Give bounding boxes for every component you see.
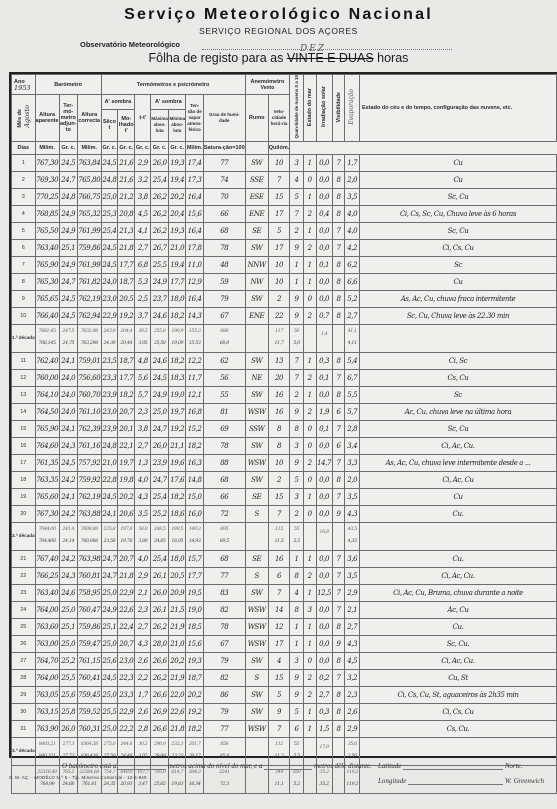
cell-rumo[interactable]: SW [245, 290, 268, 307]
cell-minima[interactable]: 19,4 [169, 256, 186, 273]
cell-nuvens[interactable]: 2 [290, 386, 304, 403]
cell-maxima[interactable]: 26,9 [151, 703, 169, 720]
cell-rumo[interactable]: SW [245, 686, 268, 703]
cell-mar[interactable]: 0 [303, 171, 316, 188]
cell-minima[interactable]: 21,9 [169, 618, 186, 635]
cell-radiacao[interactable]: 0,4 [316, 205, 332, 222]
cell-t_diff[interactable]: 2,3 [135, 403, 151, 420]
cell-rumo[interactable]: SW [245, 703, 268, 720]
cell-observacoes[interactable]: Ac, Cu, chuva leve na última hora [359, 403, 556, 420]
cell-radiacao[interactable]: 0,0 [316, 154, 332, 171]
cell-tensao[interactable]: 15,0 [186, 488, 203, 505]
cell-evaporacao[interactable]: 5,7 [345, 403, 360, 420]
cell-term_adjunto[interactable]: 26,0 [59, 720, 77, 737]
cell-alt_aparente[interactable]: 766,25 [35, 567, 59, 584]
cell-molhado[interactable]: 23,0 [118, 652, 135, 669]
cell-observacoes[interactable]: Cu [359, 273, 556, 290]
cell-mar[interactable]: 2 [303, 307, 316, 324]
cell-observacoes[interactable]: Ci, Ac, Cu. [359, 437, 556, 454]
cell-observacoes[interactable]: Sc, Cu [359, 188, 556, 205]
cell-rumo[interactable]: WSW [245, 601, 268, 618]
cell-mar[interactable]: 1 [303, 188, 316, 205]
cell-observacoes[interactable]: Ac, Cu [359, 601, 556, 618]
cell-visibilidade[interactable]: 8 [332, 652, 345, 669]
cell-maxima[interactable]: 24,6 [151, 307, 169, 324]
cell-observacoes[interactable]: Ci, Ac, Cu, Bruma, chuva durante a noite [359, 584, 556, 601]
cell-seco[interactable]: 22,8 [101, 471, 118, 488]
cell-rumo[interactable]: WSW [245, 403, 268, 420]
cell-visibilidade[interactable]: 7 [332, 454, 345, 471]
cell-radiacao[interactable]: 0,0 [316, 188, 332, 205]
decade-cell-maxima[interactable]: 255,825,58 [151, 324, 169, 352]
cell-t_diff[interactable]: 6,8 [135, 256, 151, 273]
cell-minima[interactable]: 20,5 [169, 567, 186, 584]
cell-t_diff[interactable]: 1,7 [135, 686, 151, 703]
cell-minima[interactable]: 19,3 [169, 154, 186, 171]
cell-maxima[interactable]: 26,1 [151, 601, 169, 618]
cell-evaporacao[interactable]: 2,9 [345, 720, 360, 737]
cell-visibilidade[interactable]: 8 [332, 290, 345, 307]
cell-evaporacao[interactable]: 3,6 [345, 550, 360, 567]
cell-minima[interactable]: 18,2 [169, 352, 186, 369]
cell-alt_aparente[interactable]: 764,50 [35, 403, 59, 420]
cell-evaporacao[interactable]: 3,5 [345, 188, 360, 205]
cell-seco[interactable]: 24,7 [101, 550, 118, 567]
cell-rumo[interactable]: NW [245, 273, 268, 290]
cell-radiacao[interactable]: 0,2 [316, 669, 332, 686]
decade-cell-velocidade[interactable]: 11211,2 [268, 737, 289, 765]
decade-cell-rumo[interactable] [245, 737, 268, 765]
decade-cell-minima[interactable]: 232,323,23 [169, 737, 186, 765]
cell-visibilidade[interactable]: 7 [332, 584, 345, 601]
cell-t_diff[interactable]: 3,7 [135, 307, 151, 324]
cell-velocidade[interactable]: 17 [268, 635, 289, 652]
cell-alt_aparente[interactable]: 765,50 [35, 222, 59, 239]
cell-alt_aparente[interactable]: 765,30 [35, 273, 59, 290]
cell-t_diff[interactable]: 2,7 [135, 239, 151, 256]
cell-mar[interactable]: 2 [303, 239, 316, 256]
cell-maxima[interactable]: 25,0 [151, 403, 169, 420]
cell-alt_correcta[interactable]: 763,88 [77, 505, 101, 522]
cell-velocidade[interactable]: 22 [268, 307, 289, 324]
cell-minima[interactable]: 21,1 [169, 437, 186, 454]
cell-maxima[interactable]: 24,7 [151, 420, 169, 437]
cell-radiacao[interactable]: 0,0 [316, 239, 332, 256]
cell-velocidade[interactable]: 10 [268, 454, 289, 471]
cell-alt_aparente[interactable]: 763,40 [35, 239, 59, 256]
cell-maxima[interactable]: 25,2 [151, 505, 169, 522]
cell-nuvens[interactable]: 7 [290, 205, 304, 222]
cell-minima[interactable]: 21,9 [169, 669, 186, 686]
cell-tensao[interactable]: 19,3 [186, 652, 203, 669]
cell-rumo[interactable]: SE [245, 222, 268, 239]
cell-alt_aparente[interactable]: 763,90 [35, 720, 59, 737]
decade-cell-velocidade[interactable]: 11511,5 [268, 522, 289, 550]
cell-alt_aparente[interactable]: 760,00 [35, 369, 59, 386]
cell-visibilidade[interactable]: 7 [332, 488, 345, 505]
cell-evaporacao[interactable]: 4,0 [345, 222, 360, 239]
decade-cell-t_diff[interactable]: 39,53,95 [135, 324, 151, 352]
cell-t_diff[interactable]: 5,7 [135, 386, 151, 403]
cell-radiacao[interactable]: 0,0 [316, 386, 332, 403]
cell-visibilidade[interactable]: 8 [332, 188, 345, 205]
cell-seco[interactable]: 24,7 [101, 567, 118, 584]
cell-rumo[interactable]: SW [245, 154, 268, 171]
cell-molhado[interactable]: 21,3 [118, 222, 135, 239]
cell-t_diff[interactable]: 2,2 [135, 669, 151, 686]
cell-molhado[interactable]: 19,2 [118, 307, 135, 324]
cell-humidade[interactable]: 82 [203, 669, 245, 686]
decade-cell-minima[interactable]: 189,518,95 [169, 522, 186, 550]
cell-humidade[interactable]: 79 [203, 290, 245, 307]
cell-rumo[interactable]: ENE [245, 205, 268, 222]
cell-humidade[interactable]: 72 [203, 505, 245, 522]
cell-term_adjunto[interactable]: 24,1 [59, 352, 77, 369]
cell-velocidade[interactable]: 10 [268, 273, 289, 290]
cell-nuvens[interactable]: 6 [290, 720, 304, 737]
cell-tensao[interactable]: 14,8 [186, 471, 203, 488]
decade-cell-humidade[interactable]: 85885,8 [203, 737, 245, 765]
cell-maxima[interactable]: 25,4 [151, 550, 169, 567]
cell-mar[interactable]: 2 [303, 567, 316, 584]
cell-nuvens[interactable]: 1 [290, 618, 304, 635]
cell-rumo[interactable]: WSW [245, 720, 268, 737]
cell-observacoes[interactable]: Cu. [359, 618, 556, 635]
cell-evaporacao[interactable]: 6,7 [345, 369, 360, 386]
cell-radiacao[interactable]: 0,0 [316, 290, 332, 307]
cell-seco[interactable]: 23,3 [101, 369, 118, 386]
cell-molhado[interactable]: 20,8 [118, 205, 135, 222]
cell-nuvens[interactable]: 2 [290, 222, 304, 239]
cell-alt_correcta[interactable]: 760,70 [77, 386, 101, 403]
cell-molhado[interactable]: 20,2 [118, 488, 135, 505]
decade-cell-visibilidade[interactable] [332, 324, 345, 352]
cell-evaporacao[interactable]: 2,9 [345, 584, 360, 601]
cell-tensao[interactable]: 16,4 [186, 188, 203, 205]
cell-maxima[interactable]: 26,6 [151, 720, 169, 737]
decade-cell-nuvens[interactable]: 555,5 [290, 522, 304, 550]
cell-tensao[interactable]: 12,2 [186, 352, 203, 369]
cell-tensao[interactable]: 18,2 [186, 437, 203, 454]
cell-mar[interactable]: 1 [303, 154, 316, 171]
cell-minima[interactable]: 18,0 [169, 290, 186, 307]
cell-seco[interactable]: 24,8 [101, 171, 118, 188]
cell-observacoes[interactable]: Cu [359, 154, 556, 171]
cell-minima[interactable]: 18,2 [169, 488, 186, 505]
cell-t_diff[interactable]: 3,5 [135, 505, 151, 522]
cell-visibilidade[interactable]: 7 [332, 222, 345, 239]
cell-visibilidade[interactable]: 8 [332, 273, 345, 290]
barometer-height-field[interactable] [118, 762, 166, 770]
cell-observacoes[interactable]: As, Ac, Cu, chuva fraca intermitente [359, 290, 556, 307]
decade-cell-term_adjunto[interactable]: 241,424,14 [59, 522, 77, 550]
decade-cell-mar[interactable] [303, 737, 316, 765]
cell-humidade[interactable]: 77 [203, 720, 245, 737]
cell-alt_correcta[interactable]: 762,19 [77, 488, 101, 505]
cell-tensao[interactable]: 17,3 [186, 171, 203, 188]
cell-mar[interactable]: 0 [303, 652, 316, 669]
cell-radiacao[interactable]: 0,0 [316, 652, 332, 669]
cell-t_diff[interactable]: 2,7 [135, 618, 151, 635]
cell-alt_correcta[interactable]: 757,92 [77, 454, 101, 471]
cell-observacoes[interactable]: Ci, Sc [359, 352, 556, 369]
cell-alt_correcta[interactable]: 762,94 [77, 307, 101, 324]
cell-observacoes[interactable]: Ci, Cs, Cu [359, 239, 556, 256]
cell-molhado[interactable]: 20,7 [118, 403, 135, 420]
decade-cell-humidade[interactable]: 69569,5 [203, 522, 245, 550]
cell-minima[interactable]: 18,2 [169, 307, 186, 324]
cell-molhado[interactable]: 18,7 [118, 273, 135, 290]
cell-radiacao[interactable]: 0,0 [316, 618, 332, 635]
decade-cell-molhado[interactable]: 244,824,48 [118, 737, 135, 765]
cell-minima[interactable]: 21,5 [169, 601, 186, 618]
cell-rumo[interactable]: ESE [245, 188, 268, 205]
cell-term_adjunto[interactable]: 24,2 [59, 471, 77, 488]
cell-rumo[interactable]: SW [245, 652, 268, 669]
decade-cell-seco[interactable]: 243,924,39 [101, 324, 118, 352]
cell-nuvens[interactable]: 3 [290, 154, 304, 171]
cell-rumo[interactable]: S [245, 567, 268, 584]
cell-velocidade[interactable]: 5 [268, 222, 289, 239]
cell-humidade[interactable]: 86 [203, 686, 245, 703]
cell-observacoes[interactable]: Sc, Cu. [359, 635, 556, 652]
cell-evaporacao[interactable]: 2,7 [345, 307, 360, 324]
cell-term_adjunto[interactable]: 24,2 [59, 550, 77, 567]
cell-term_adjunto[interactable]: 25,0 [59, 635, 77, 652]
cell-evaporacao[interactable]: 3,5 [345, 567, 360, 584]
cell-maxima[interactable]: 26,0 [151, 437, 169, 454]
cell-visibilidade[interactable]: 7 [332, 239, 345, 256]
cell-evaporacao[interactable]: 2,8 [345, 420, 360, 437]
cell-seco[interactable]: 25,0 [101, 686, 118, 703]
cell-t_diff[interactable]: 2,5 [135, 290, 151, 307]
cell-seco[interactable]: 23,0 [101, 403, 118, 420]
cell-tensao[interactable]: 15,6 [186, 635, 203, 652]
cell-alt_correcta[interactable]: 758,95 [77, 584, 101, 601]
cell-t_diff[interactable]: 4,5 [135, 205, 151, 222]
decade-cell-term_adjunto[interactable]: 277,327,73 [59, 737, 77, 765]
cell-observacoes[interactable]: Ci, Ac, Cu [359, 471, 556, 488]
cell-minima[interactable]: 19,0 [169, 386, 186, 403]
cell-mar[interactable]: 1 [303, 386, 316, 403]
cell-observacoes[interactable]: As, Ac, Cu, chuva leve intermitente desd… [359, 454, 556, 471]
cell-humidade[interactable]: 67 [203, 307, 245, 324]
cell-velocidade[interactable]: 7 [268, 505, 289, 522]
cell-humidade[interactable]: 69 [203, 420, 245, 437]
cell-maxima[interactable]: 26,0 [151, 584, 169, 601]
decade-cell-rumo[interactable] [245, 324, 268, 352]
cell-alt_aparente[interactable]: 761,35 [35, 454, 59, 471]
observatory-field[interactable] [202, 49, 452, 50]
cell-molhado[interactable]: 22,6 [118, 601, 135, 618]
cell-maxima[interactable]: 24,6 [151, 352, 169, 369]
cell-molhado[interactable]: 22,9 [118, 584, 135, 601]
cell-radiacao[interactable]: 0,1 [316, 369, 332, 386]
cell-evaporacao[interactable]: 2,6 [345, 703, 360, 720]
cell-molhado[interactable]: 22,1 [118, 437, 135, 454]
cell-humidade[interactable]: 82 [203, 601, 245, 618]
cell-nuvens[interactable]: 1 [290, 550, 304, 567]
cell-term_adjunto[interactable]: 24,0 [59, 403, 77, 420]
cell-mar[interactable]: 2 [303, 669, 316, 686]
cell-molhado[interactable]: 21,6 [118, 154, 135, 171]
cell-mar[interactable]: 2 [303, 454, 316, 471]
cell-evaporacao[interactable]: 2,0 [345, 471, 360, 488]
cell-molhado[interactable]: 21,8 [118, 239, 135, 256]
cell-t_diff[interactable]: 5,3 [135, 273, 151, 290]
cell-velocidade[interactable]: 9 [268, 703, 289, 720]
cell-radiacao[interactable]: 0,0 [316, 171, 332, 188]
cell-nuvens[interactable]: 5 [290, 188, 304, 205]
cell-observacoes[interactable]: Sc, Cu [359, 420, 556, 437]
cell-mar[interactable]: 1 [303, 635, 316, 652]
cell-seco[interactable]: 23,9 [101, 386, 118, 403]
cell-nuvens[interactable]: 8 [290, 601, 304, 618]
cell-seco[interactable]: 23,9 [101, 420, 118, 437]
decade-cell-radiacao[interactable]: 1,4 [316, 324, 332, 352]
cell-t_diff[interactable]: 1,3 [135, 454, 151, 471]
decade-cell-humidade[interactable]: 68868,8 [203, 324, 245, 352]
cell-alt_correcta[interactable]: 761,99 [77, 222, 101, 239]
cell-mar[interactable]: 2 [303, 369, 316, 386]
cell-molhado[interactable]: 21,8 [118, 567, 135, 584]
cell-mar[interactable]: 1 [303, 720, 316, 737]
cell-alt_aparente[interactable]: 765,90 [35, 420, 59, 437]
cell-nuvens[interactable]: 9 [290, 454, 304, 471]
cell-velocidade[interactable]: 8 [268, 437, 289, 454]
cell-alt_aparente[interactable]: 763,15 [35, 703, 59, 720]
cell-term_adjunto[interactable]: 24,5 [59, 290, 77, 307]
cell-humidade[interactable]: 78 [203, 437, 245, 454]
cell-velocidade[interactable]: 15 [268, 669, 289, 686]
cell-nuvens[interactable]: 9 [290, 307, 304, 324]
cell-mar[interactable]: 0 [303, 471, 316, 488]
cell-nuvens[interactable]: 1 [290, 256, 304, 273]
cell-alt_correcta[interactable]: 759,92 [77, 471, 101, 488]
cell-alt_correcta[interactable]: 760,31 [77, 720, 101, 737]
cell-seco[interactable]: 24,5 [101, 669, 118, 686]
cell-maxima[interactable]: 25,4 [151, 171, 169, 188]
cell-term_adjunto[interactable]: 24,7 [59, 273, 77, 290]
cell-term_adjunto[interactable]: 24,8 [59, 188, 77, 205]
cell-term_adjunto[interactable]: 25,1 [59, 618, 77, 635]
cell-evaporacao[interactable]: 3,4 [345, 437, 360, 454]
decade-cell-tensao[interactable]: 155,315,53 [186, 324, 203, 352]
cell-velocidade[interactable]: 16 [268, 550, 289, 567]
cell-minima[interactable]: 22,0 [169, 686, 186, 703]
cell-nuvens[interactable]: 9 [290, 239, 304, 256]
cell-evaporacao[interactable]: 4,0 [345, 205, 360, 222]
decade-cell-alt_aparente[interactable]: 7644,00764,400 [35, 522, 59, 550]
cell-nuvens[interactable]: 4 [290, 171, 304, 188]
cell-mar[interactable]: 1 [303, 256, 316, 273]
cell-evaporacao[interactable]: 4,3 [345, 505, 360, 522]
latitude-field[interactable] [403, 762, 503, 770]
cell-rumo[interactable]: SSE [245, 171, 268, 188]
cell-velocidade[interactable]: 14 [268, 601, 289, 618]
cell-term_adjunto[interactable]: 24,3 [59, 437, 77, 454]
cell-tensao[interactable]: 19,5 [186, 584, 203, 601]
cell-seco[interactable]: 25,0 [101, 584, 118, 601]
cell-alt_aparente[interactable]: 766,40 [35, 307, 59, 324]
cell-t_diff[interactable]: 2,6 [135, 652, 151, 669]
decade-cell-minima[interactable]: 190,919,09 [169, 324, 186, 352]
cell-term_adjunto[interactable]: 24,1 [59, 420, 77, 437]
cell-observacoes[interactable]: Cu. [359, 550, 556, 567]
cell-alt_aparente[interactable]: 765,90 [35, 256, 59, 273]
cell-tensao[interactable]: 11,7 [186, 369, 203, 386]
cell-molhado[interactable]: 20,5 [118, 290, 135, 307]
cell-humidade[interactable]: 68 [203, 471, 245, 488]
cell-observacoes[interactable]: Ci, Ac, Cu. [359, 567, 556, 584]
cell-radiacao[interactable]: 0,0 [316, 471, 332, 488]
cell-alt_correcta[interactable]: 765,32 [77, 205, 101, 222]
cell-observacoes[interactable]: Cu. [359, 505, 556, 522]
cell-evaporacao[interactable]: 4,3 [345, 635, 360, 652]
cell-mar[interactable]: 2 [303, 403, 316, 420]
cell-molhado[interactable]: 22,2 [118, 720, 135, 737]
cell-term_adjunto[interactable]: 25,8 [59, 703, 77, 720]
cell-radiacao[interactable]: 0,0 [316, 635, 332, 652]
cell-observacoes[interactable]: Ci, Ac, Cu. [359, 652, 556, 669]
cell-tensao[interactable]: 15,7 [186, 550, 203, 567]
cell-maxima[interactable]: 26,2 [151, 669, 169, 686]
cell-evaporacao[interactable]: 5,2 [345, 290, 360, 307]
cell-humidade[interactable]: 48 [203, 256, 245, 273]
decade-cell-alt_correcta[interactable]: 8364,38836,438 [77, 737, 101, 765]
cell-maxima[interactable]: 26,2 [151, 188, 169, 205]
cell-humidade[interactable]: 66 [203, 488, 245, 505]
cell-seco[interactable]: 25,0 [101, 635, 118, 652]
cell-alt_aparente[interactable]: 762,40 [35, 352, 59, 369]
cell-velocidade[interactable]: 15 [268, 188, 289, 205]
cell-maxima[interactable]: 26,7 [151, 239, 169, 256]
cell-velocidade[interactable]: 20 [268, 369, 289, 386]
cell-observacoes[interactable]: Cs, Cu [359, 369, 556, 386]
decade-cell-alt_correcta[interactable]: 7632,98763,298 [77, 324, 101, 352]
cell-molhado[interactable]: 19,7 [118, 454, 135, 471]
cell-rumo[interactable]: SE [245, 488, 268, 505]
cell-seco[interactable]: 25,4 [101, 222, 118, 239]
cell-nuvens[interactable]: 7 [290, 352, 304, 369]
cell-tensao[interactable]: 14,3 [186, 307, 203, 324]
cell-radiacao[interactable]: 0,3 [316, 352, 332, 369]
cell-term_adjunto[interactable]: 24,5 [59, 454, 77, 471]
decade-cell-seco[interactable]: 235,823,58 [101, 522, 118, 550]
decade-cell-alt_aparente[interactable]: 8403,21840,321 [35, 737, 59, 765]
cell-alt_correcta[interactable]: 759,52 [77, 703, 101, 720]
cell-seco[interactable]: 25,1 [101, 618, 118, 635]
cell-visibilidade[interactable]: 8 [332, 352, 345, 369]
cell-minima[interactable]: 18,6 [169, 505, 186, 522]
cell-velocidade[interactable]: 13 [268, 352, 289, 369]
cell-visibilidade[interactable]: 6 [332, 403, 345, 420]
cell-molhado[interactable]: 21,6 [118, 171, 135, 188]
cell-term_adjunto[interactable]: 25,6 [59, 686, 77, 703]
cell-seco[interactable]: 24,5 [101, 256, 118, 273]
cell-velocidade[interactable]: 8 [268, 420, 289, 437]
cell-t_diff[interactable]: 2,6 [135, 703, 151, 720]
cell-evaporacao[interactable]: 3,5 [345, 488, 360, 505]
cell-tensao[interactable]: 17,4 [186, 154, 203, 171]
cell-radiacao[interactable]: 0,0 [316, 567, 332, 584]
cell-evaporacao[interactable]: 5,5 [345, 386, 360, 403]
cell-tensao[interactable]: 11,0 [186, 256, 203, 273]
cell-alt_correcta[interactable]: 760,81 [77, 567, 101, 584]
cell-alt_aparente[interactable]: 768,85 [35, 205, 59, 222]
cell-velocidade[interactable]: 5 [268, 686, 289, 703]
cell-observacoes[interactable]: Sc [359, 386, 556, 403]
